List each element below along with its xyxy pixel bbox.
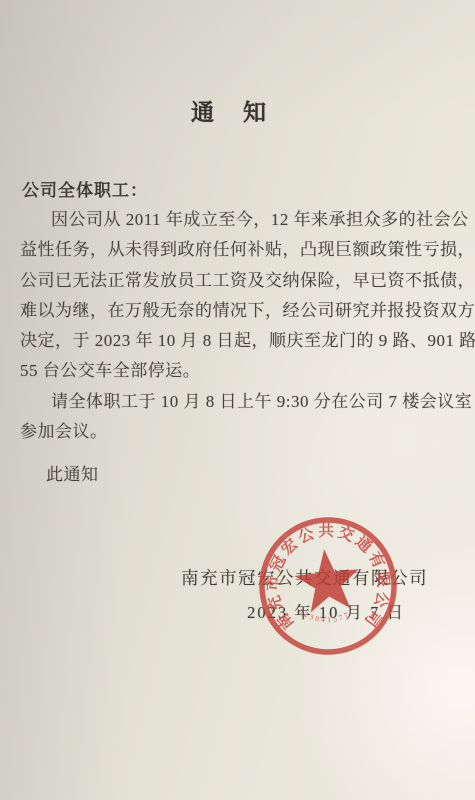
notice-body: 因公司从 2011 年成立至今，12 年来承担众多的社会公 益性任务，从未得到政…: [20, 205, 458, 491]
notice-title: 通 知: [0, 94, 460, 127]
body-line: 参加会议。: [20, 417, 458, 447]
body-line: 55 台公交车全部停运。: [20, 356, 458, 386]
notice-salutation: 公司全体职工：: [22, 176, 148, 201]
notice-closing: 此通知: [20, 460, 458, 490]
body-line: 公司已无法正常发放员工工资及交纳保险，早已资不抵债，: [20, 266, 458, 296]
body-line: 难以为继，在万般无奈的情况下，经公司研究并报投资双方: [20, 296, 458, 326]
official-seal: 南充市冠宏公共交通有限公司 023041577: [240, 498, 416, 674]
body-line: 决定，于 2023 年 10 月 8 日起，顺庆至龙门的 9 路、901 路: [20, 326, 458, 356]
body-line: 益性任务，从未得到政府任何补贴，凸现巨额政策性亏损，: [20, 235, 458, 265]
seal-serial-number: 023041577: [296, 601, 352, 627]
body-line: 因公司从 2011 年成立至今，12 年来承担众多的社会公: [20, 205, 458, 235]
body-line: 请全体职工于 10 月 8 日上午 9:30 分在公司 7 楼会议室: [20, 387, 458, 417]
seal-star-icon: [292, 546, 363, 614]
